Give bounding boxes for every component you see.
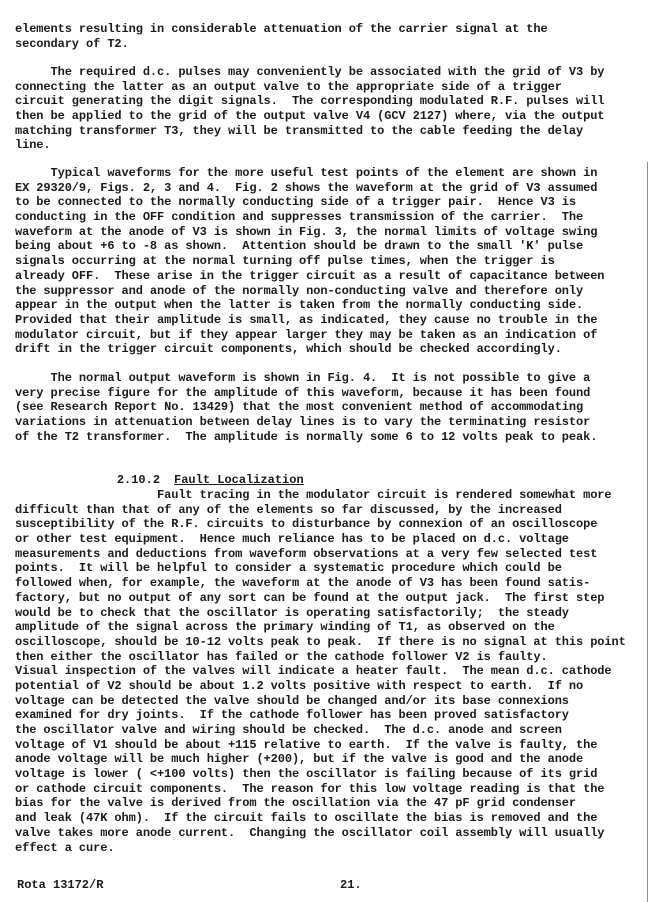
paragraph-4: The normal output waveform is shown in F… bbox=[15, 371, 597, 444]
text-line: Visual inspection of the valves will ind… bbox=[15, 664, 626, 679]
text-line: or other test equipment. Hence much reli… bbox=[15, 532, 626, 547]
text-line: valve takes more anode current. Changing… bbox=[15, 826, 626, 841]
text-line: EX 29320/9, Figs. 2, 3 and 4. Fig. 2 sho… bbox=[15, 181, 604, 196]
text-line: susceptibility of the R.F. circuits to d… bbox=[15, 517, 626, 532]
document-page: elements resulting in considerable atten… bbox=[0, 0, 650, 902]
text-line: the oscillator valve and wiring should b… bbox=[15, 723, 626, 738]
text-line: The required d.c. pulses may convenientl… bbox=[15, 65, 604, 80]
text-line: Typical waveforms for the more useful te… bbox=[15, 166, 604, 181]
section-number: 2.10.2 bbox=[117, 473, 160, 487]
page-number: 21. bbox=[340, 878, 362, 892]
text-line: factory, but no output of any sort can b… bbox=[15, 591, 626, 606]
text-line: voltage can be detected the valve should… bbox=[15, 694, 626, 709]
paragraph-3: Typical waveforms for the more useful te… bbox=[15, 166, 604, 357]
text-line: anode voltage will be much higher (+200)… bbox=[15, 752, 626, 767]
text-line: would be to check that the oscillator is… bbox=[15, 606, 626, 621]
text-line: then either the oscillator has failed or… bbox=[15, 650, 626, 665]
text-line: then be applied to the grid of the outpu… bbox=[15, 109, 604, 124]
text-line: difficult than that of any of the elemen… bbox=[15, 503, 626, 518]
text-line: connecting the latter as an output valve… bbox=[15, 80, 604, 95]
page-edge-line bbox=[647, 162, 648, 902]
text-line: elements resulting in considerable atten… bbox=[15, 22, 548, 37]
text-line: examined for dry joints. If the cathode … bbox=[15, 708, 626, 723]
text-line: very precise figure for the amplitude of… bbox=[15, 386, 597, 401]
text-line: modulator circuit, but if they appear la… bbox=[15, 328, 604, 343]
text-line: amplitude of the signal across the prima… bbox=[15, 620, 626, 635]
text-line: bias for the valve is derived from the o… bbox=[15, 796, 626, 811]
text-line: drift in the trigger circuit components,… bbox=[15, 342, 604, 357]
text-line: potential of V2 should be about 1.2 volt… bbox=[15, 679, 626, 694]
text-line: (see Research Report No. 13429) that the… bbox=[15, 400, 597, 415]
footer-reference: Rota 13172/R bbox=[17, 878, 103, 892]
section-title: Fault Localization bbox=[174, 473, 304, 487]
text-line: Fault tracing in the modulator circuit i… bbox=[15, 488, 626, 503]
text-line: secondary of T2. bbox=[15, 37, 548, 52]
text-line: voltage is lower ( <+100 volts) then the… bbox=[15, 767, 626, 782]
text-line: circuit generating the digit signals. Th… bbox=[15, 94, 604, 109]
paragraph-5: Fault tracing in the modulator circuit i… bbox=[15, 488, 626, 855]
text-line: appear in the output when the latter is … bbox=[15, 298, 604, 313]
paragraph-2: The required d.c. pulses may convenientl… bbox=[15, 65, 604, 153]
text-line: and leak (47K ohm). If the circuit fails… bbox=[15, 811, 626, 826]
text-line: conducting in the OFF condition and supp… bbox=[15, 210, 604, 225]
text-line: of the T2 transformer. The amplitude is … bbox=[15, 430, 597, 445]
text-line: Provided that their amplitude is small, … bbox=[15, 313, 604, 328]
text-line: line. bbox=[15, 138, 604, 153]
text-line: waveform at the anode of V3 is shown in … bbox=[15, 225, 604, 240]
text-line: effect a cure. bbox=[15, 841, 626, 856]
text-line: measurements and deductions from wavefor… bbox=[15, 547, 626, 562]
text-line: voltage of V1 should be about +115 relat… bbox=[15, 738, 626, 753]
text-line: or cathode circuit components. The reaso… bbox=[15, 782, 626, 797]
text-line: already OFF. These arise in the trigger … bbox=[15, 269, 604, 284]
text-line: oscilloscope, should be 10-12 volts peak… bbox=[15, 635, 626, 650]
text-line: to be connected to the normally conducti… bbox=[15, 195, 604, 210]
text-line: the suppressor and anode of the normally… bbox=[15, 284, 604, 299]
text-line: signals occurring at the normal turning … bbox=[15, 254, 604, 269]
paragraph-1: elements resulting in considerable atten… bbox=[15, 22, 548, 51]
text-line: being about +6 to -8 as shown. Attention… bbox=[15, 239, 604, 254]
text-line: matching transformer T3, they will be tr… bbox=[15, 124, 604, 139]
text-line: followed when, for example, the waveform… bbox=[15, 576, 626, 591]
text-line: variations in attenuation between delay … bbox=[15, 415, 597, 430]
text-line: The normal output waveform is shown in F… bbox=[15, 371, 597, 386]
text-line: points. It will be helpful to consider a… bbox=[15, 561, 626, 576]
